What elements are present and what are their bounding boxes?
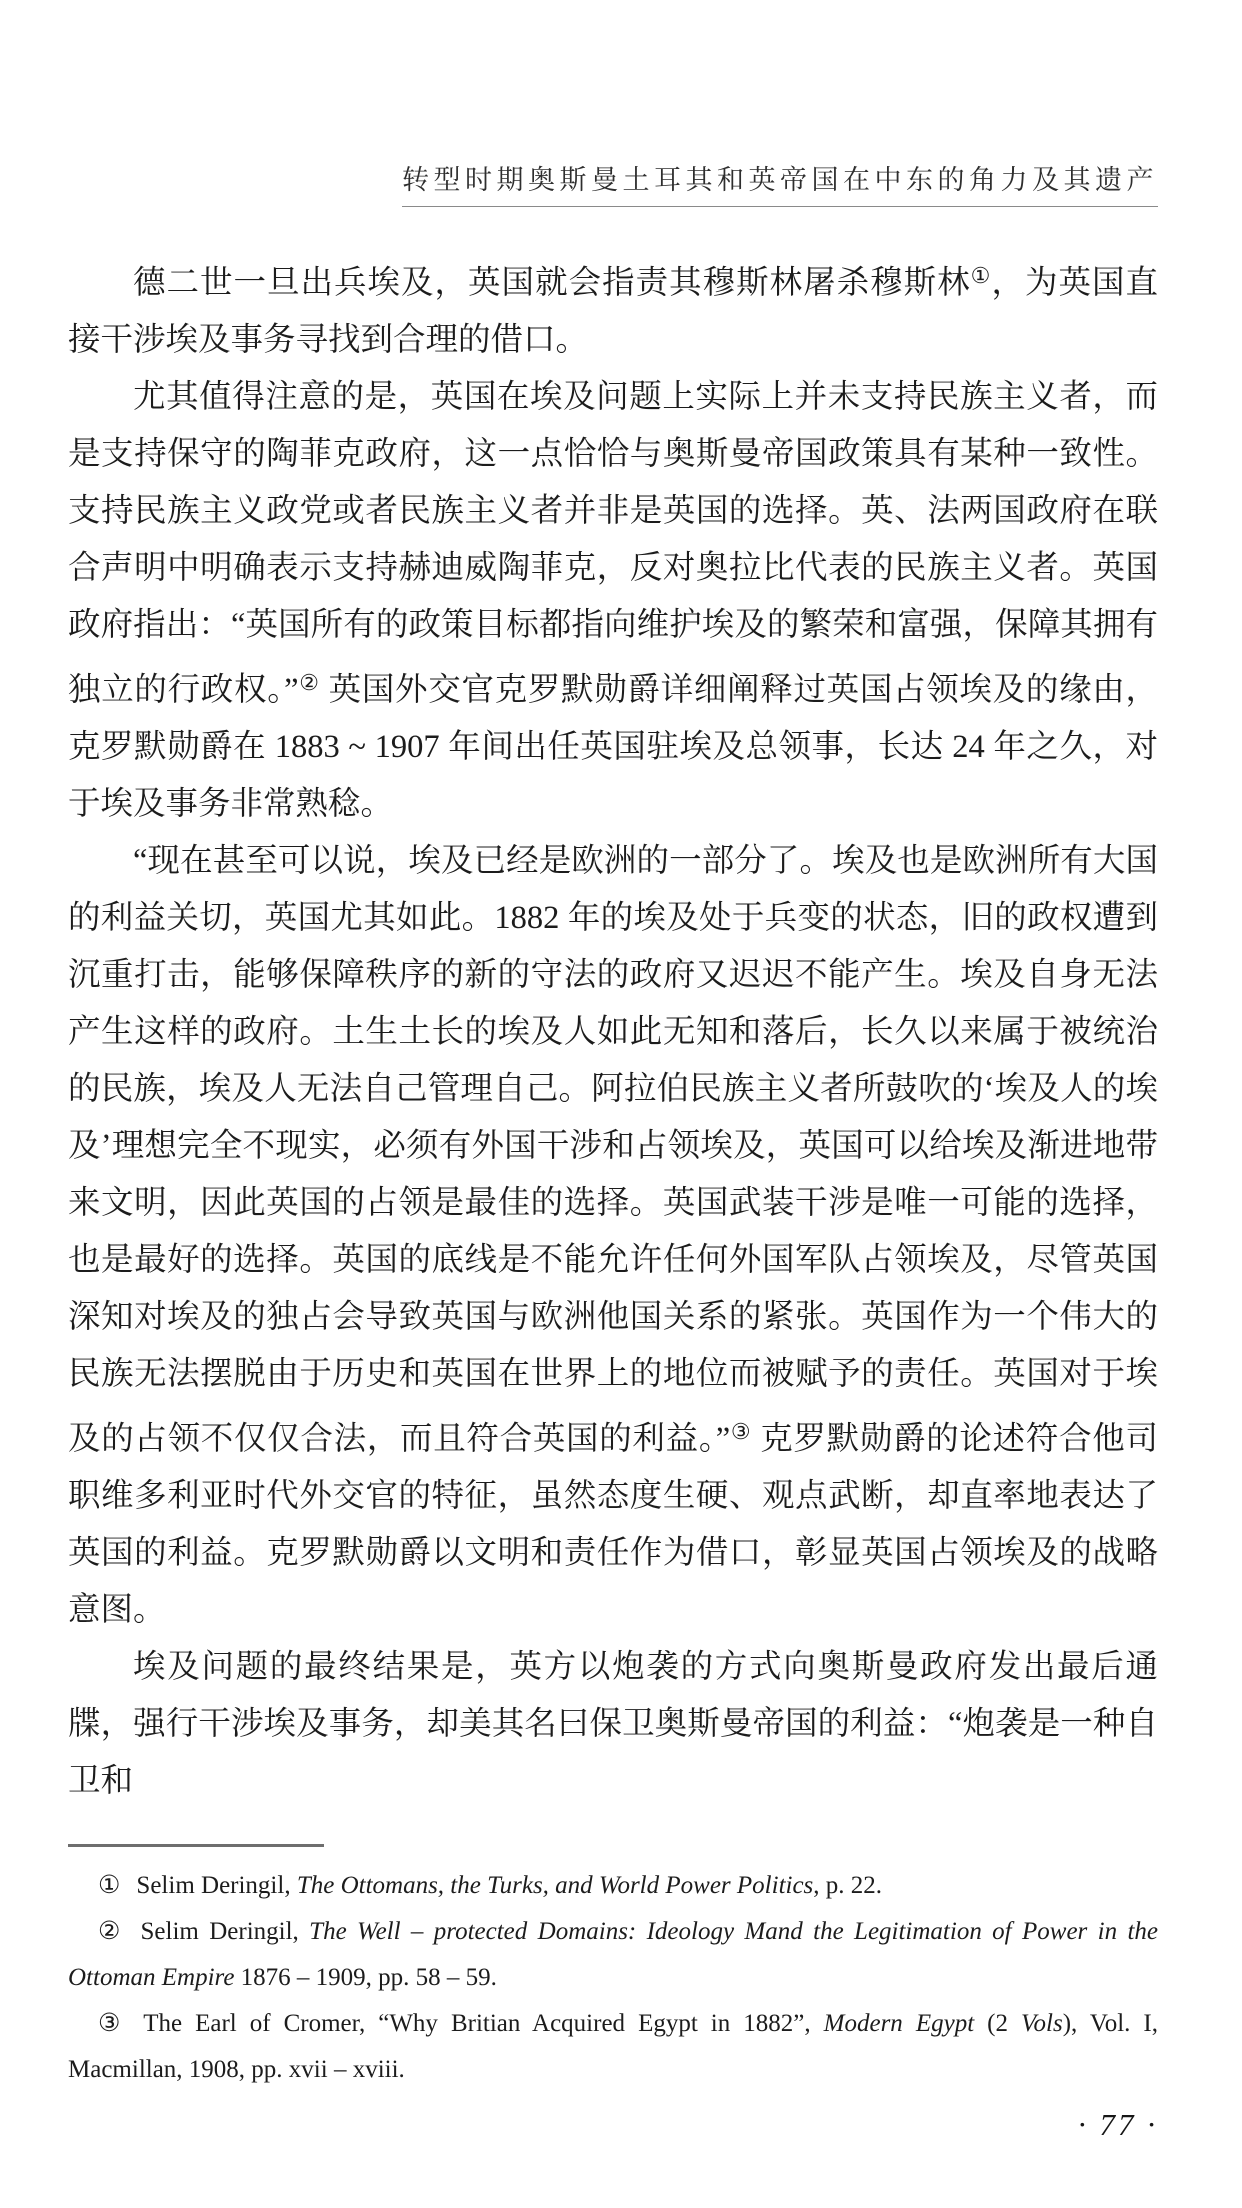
paragraph: 德二世一旦出兵埃及，英国就会指责其穆斯林屠杀穆斯林①，为英国直接干涉埃及事务寻找… xyxy=(68,247,1158,369)
footnote-marker: ③ xyxy=(98,2010,127,2037)
paragraph-text: 尤其值得注意的是，英国在埃及问题上实际上并未支持民族主义者，而是支持保守的陶菲克… xyxy=(68,379,1158,708)
footnote-book-title: The Ottomans, the Turks, and World Power… xyxy=(297,1872,813,1899)
page-header: 转型时期奥斯曼土耳其和英帝国在中东的角力及其遗产 xyxy=(68,0,1158,207)
paragraph-text: 德二世一旦出兵埃及，英国就会指责其穆斯林屠杀穆斯林 xyxy=(133,265,971,301)
footnote-text: 1876 – 1909, pp. 58 – 59. xyxy=(234,1964,497,1991)
footnote-text: Selim Deringil, xyxy=(136,1872,296,1899)
paragraph: 尤其值得注意的是，英国在埃及问题上实际上并未支持民族主义者，而是支持保守的陶菲克… xyxy=(68,369,1158,833)
paragraph: 埃及问题的最终结果是，英方以炮袭的方式向奥斯曼政府发出最后通牒，强行干涉埃及事务… xyxy=(68,1639,1158,1810)
footnote-2: ②Selim Deringil, The Well – protected Do… xyxy=(68,1909,1158,2001)
paragraph-text: “现在甚至可以说，埃及已经是欧洲的一部分了。埃及也是欧洲所有大国的利益关切，英国… xyxy=(68,843,1158,1457)
footnote-ref-1: ① xyxy=(971,263,992,288)
footnote-text: (2 xyxy=(974,2010,1021,2037)
paragraph: “现在甚至可以说，埃及已经是欧洲的一部分了。埃及也是欧洲所有大国的利益关切，英国… xyxy=(68,833,1158,1639)
footnote-text: , p. 22. xyxy=(813,1872,882,1899)
footnote-divider xyxy=(68,1844,324,1847)
footnote-3: ③The Earl of Cromer, “Why Britian Acquir… xyxy=(68,2001,1158,2093)
footnote-1: ①Selim Deringil, The Ottomans, the Turks… xyxy=(68,1863,1158,1909)
footnote-marker: ① xyxy=(98,1872,120,1899)
footnote-ref-3: ③ xyxy=(730,1419,751,1444)
footnote-text: Selim Deringil, xyxy=(141,1918,310,1945)
footnote-book-title: Vols xyxy=(1021,2010,1063,2037)
footnote-marker: ② xyxy=(98,1918,125,1945)
body-text: 德二世一旦出兵埃及，英国就会指责其穆斯林屠杀穆斯林①，为英国直接干涉埃及事务寻找… xyxy=(68,247,1158,1810)
page-number: · 77 · xyxy=(68,2107,1158,2143)
footnote-ref-2: ② xyxy=(299,670,320,695)
paragraph-text: 埃及问题的最终结果是，英方以炮袭的方式向奥斯曼政府发出最后通牒，强行干涉埃及事务… xyxy=(68,1649,1158,1799)
footnotes-section: ①Selim Deringil, The Ottomans, the Turks… xyxy=(68,1863,1158,2093)
footnote-text: The Earl of Cromer, “Why Britian Acquire… xyxy=(143,2010,823,2037)
book-page: 转型时期奥斯曼土耳其和英帝国在中东的角力及其遗产 德二世一旦出兵埃及，英国就会指… xyxy=(0,0,1242,2208)
running-head-title: 转型时期奥斯曼土耳其和英帝国在中东的角力及其遗产 xyxy=(402,158,1158,207)
footnote-book-title: Modern Egypt xyxy=(824,2010,975,2037)
